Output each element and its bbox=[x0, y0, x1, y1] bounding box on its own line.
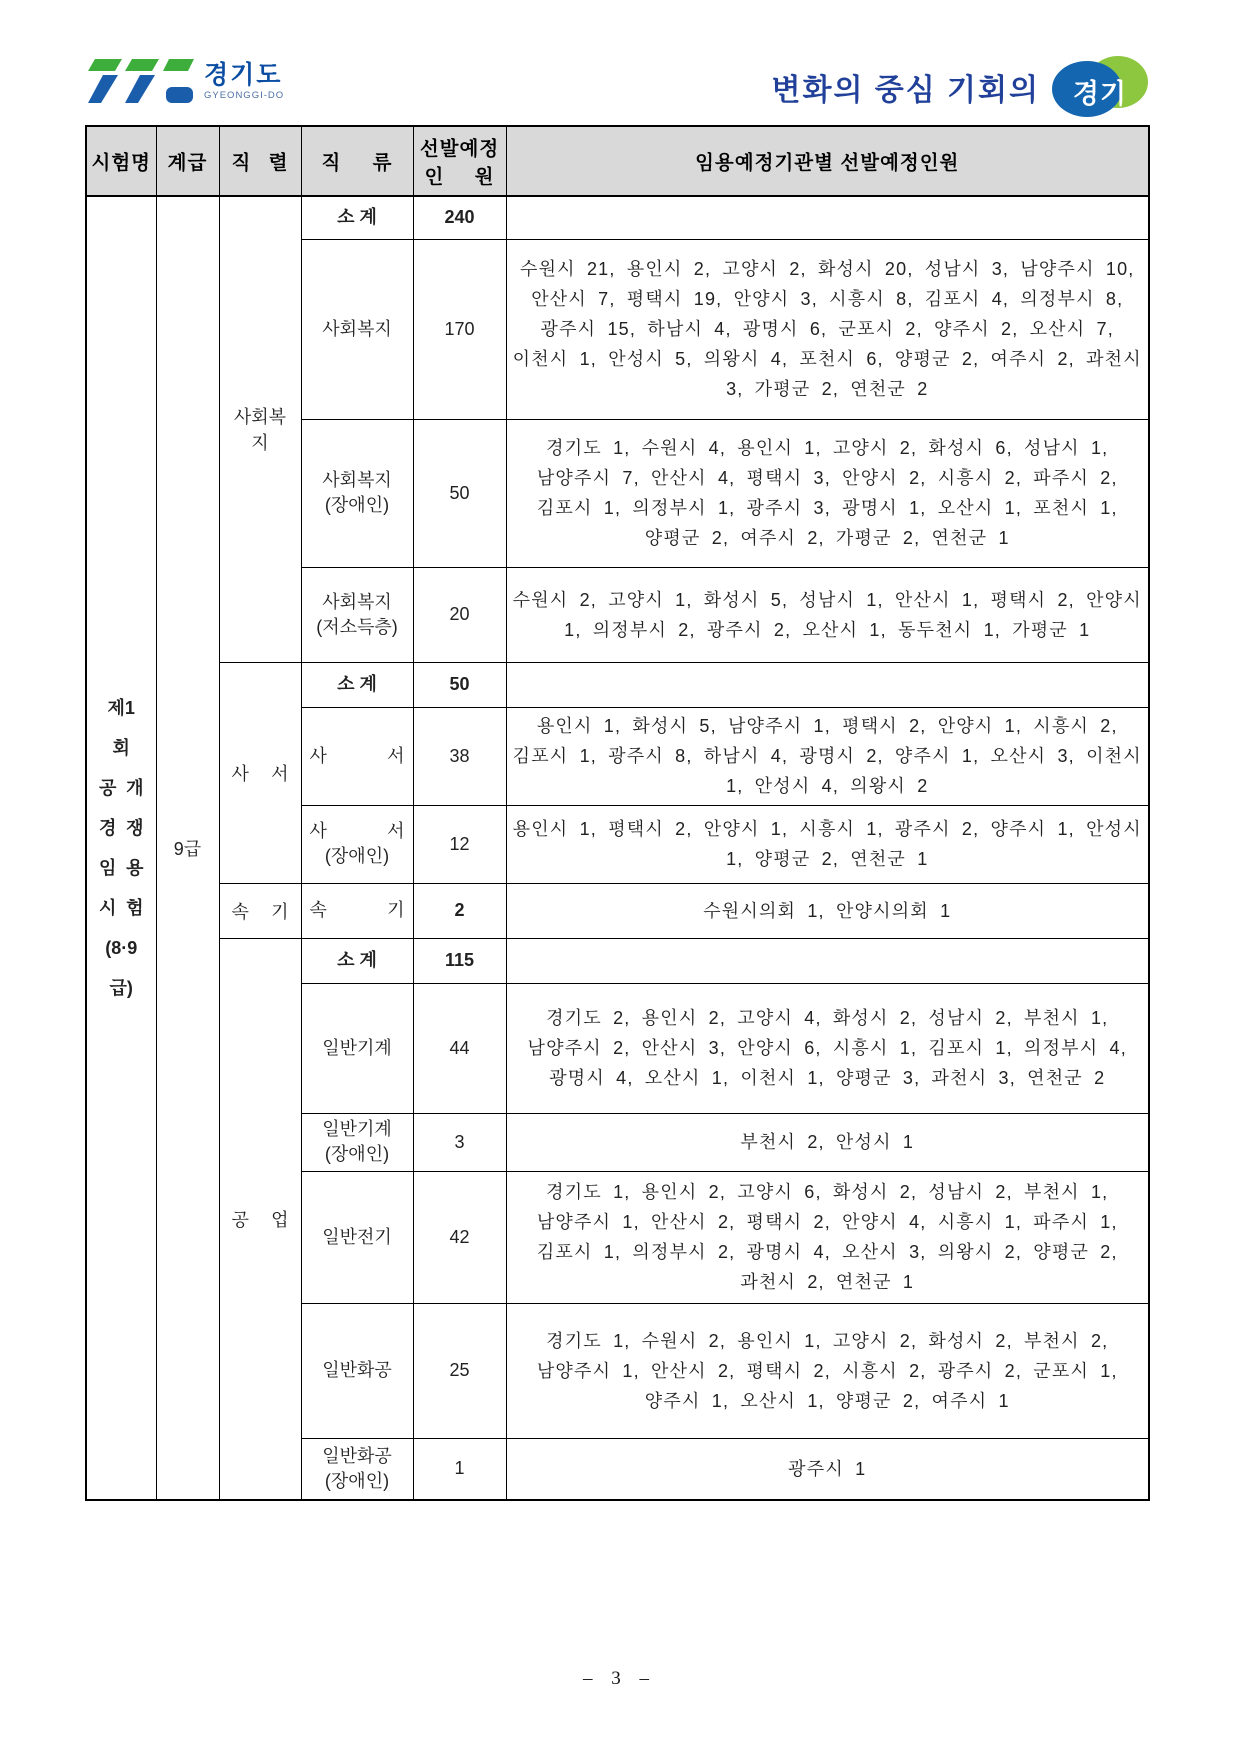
document-page: 경기도 GYEONGGI-DO 변화의 중심 기회의 경기 시험명 계급 직 렬… bbox=[0, 0, 1239, 1752]
table-row: 제1회공 개경 쟁임 용시 험(8·9급)9급사회복지소 계240 bbox=[86, 196, 1149, 239]
quota-count-cell: 2 bbox=[413, 883, 506, 938]
class-cell: 속 기 bbox=[301, 883, 413, 938]
class-cell: 일반기계(장애인) bbox=[301, 1113, 413, 1171]
table-header-row: 시험명 계급 직 렬 직 류 선발예정 인 원 임용예정기관별 선발예정인원 bbox=[86, 126, 1149, 196]
quota-count-cell: 38 bbox=[413, 707, 506, 805]
agency-allocation-cell: 경기도 2, 용인시 2, 고양시 4, 화성시 2, 성남시 2, 부천시 1… bbox=[506, 983, 1149, 1113]
logo-title: 경기도 bbox=[204, 62, 284, 88]
class-cell: 일반전기 bbox=[301, 1171, 413, 1303]
agency-allocation-cell bbox=[506, 662, 1149, 707]
class-cell: 사 서 bbox=[301, 707, 413, 805]
quota-count-cell: 20 bbox=[413, 567, 506, 662]
agency-allocation-cell: 광주시 1 bbox=[506, 1438, 1149, 1500]
agency-allocation-cell: 수원시의회 1, 안양시의회 1 bbox=[506, 883, 1149, 938]
quota-count-cell: 44 bbox=[413, 983, 506, 1113]
header-exam-name: 시험명 bbox=[86, 126, 156, 196]
header-quota: 선발예정 인 원 bbox=[413, 126, 506, 196]
class-subtype-label: (장애인) bbox=[310, 844, 405, 869]
header-class: 직 류 bbox=[301, 126, 413, 196]
class-subtype-label: (장애인) bbox=[310, 1142, 405, 1167]
quota-count-cell: 12 bbox=[413, 805, 506, 883]
exam-name-cell: 제1회공 개경 쟁임 용시 험(8·9급) bbox=[86, 196, 156, 1500]
table-row: 사 서소 계50 bbox=[86, 662, 1149, 707]
class-cell: 소 계 bbox=[301, 662, 413, 707]
quota-count-cell: 3 bbox=[413, 1113, 506, 1171]
agency-allocation-cell: 수원시 21, 용인시 2, 고양시 2, 화성시 20, 성남시 3, 남양주… bbox=[506, 239, 1149, 419]
slogan-text: 변화의 중심 기회의 bbox=[771, 65, 1040, 109]
quota-count-cell: 50 bbox=[413, 419, 506, 567]
quota-count-cell: 170 bbox=[413, 239, 506, 419]
agency-allocation-cell bbox=[506, 938, 1149, 983]
quota-count-cell: 115 bbox=[413, 938, 506, 983]
class-subtype-label: (장애인) bbox=[310, 493, 405, 518]
agency-allocation-cell: 수원시 2, 고양시 1, 화성시 5, 성남시 1, 안산시 1, 평택시 2… bbox=[506, 567, 1149, 662]
class-cell: 일반화공 bbox=[301, 1303, 413, 1438]
class-cell: 일반기계 bbox=[301, 983, 413, 1113]
agency-allocation-cell: 용인시 1, 화성시 5, 남양주시 1, 평택시 2, 안양시 1, 시흥시 … bbox=[506, 707, 1149, 805]
gyeonggi-logo: 경기도 GYEONGGI-DO bbox=[88, 58, 284, 104]
agency-allocation-cell bbox=[506, 196, 1149, 239]
header-grade: 계급 bbox=[156, 126, 219, 196]
class-cell: 사회복지 bbox=[301, 239, 413, 419]
series-cell: 사 서 bbox=[219, 662, 301, 883]
quota-count-cell: 1 bbox=[413, 1438, 506, 1500]
table-row: 공 업소 계115 bbox=[86, 938, 1149, 983]
header-series: 직 렬 bbox=[219, 126, 301, 196]
badge-text: 경기 bbox=[1068, 72, 1132, 111]
class-cell: 사회복지(저소득층) bbox=[301, 567, 413, 662]
class-cell: 사 서(장애인) bbox=[301, 805, 413, 883]
class-cell: 소 계 bbox=[301, 196, 413, 239]
agency-allocation-cell: 용인시 1, 평택시 2, 안양시 1, 시흥시 1, 광주시 2, 양주시 1… bbox=[506, 805, 1149, 883]
series-cell: 사회복지 bbox=[219, 196, 301, 662]
series-cell: 공 업 bbox=[219, 938, 301, 1500]
quota-count-cell: 42 bbox=[413, 1171, 506, 1303]
header-agency: 임용예정기관별 선발예정인원 bbox=[506, 126, 1149, 196]
class-cell: 소 계 bbox=[301, 938, 413, 983]
gyeonggi-badge-icon: 경기 bbox=[1052, 56, 1148, 118]
class-subtype-label: (저소득층) bbox=[310, 615, 405, 640]
page-number: – 3 – bbox=[0, 1668, 1239, 1690]
grade-cell: 9급 bbox=[156, 196, 219, 1500]
province-slogan: 변화의 중심 기회의 경기 bbox=[771, 56, 1148, 118]
class-cell: 일반화공(장애인) bbox=[301, 1438, 413, 1500]
table-row: 속 기속 기2수원시의회 1, 안양시의회 1 bbox=[86, 883, 1149, 938]
quota-count-cell: 50 bbox=[413, 662, 506, 707]
agency-allocation-cell: 부천시 2, 안성시 1 bbox=[506, 1113, 1149, 1171]
class-cell: 사회복지(장애인) bbox=[301, 419, 413, 567]
series-cell: 속 기 bbox=[219, 883, 301, 938]
agency-allocation-cell: 경기도 1, 수원시 2, 용인시 1, 고양시 2, 화성시 2, 부천시 2… bbox=[506, 1303, 1149, 1438]
agency-allocation-cell: 경기도 1, 수원시 4, 용인시 1, 고양시 2, 화성시 6, 성남시 1… bbox=[506, 419, 1149, 567]
logo-subtitle: GYEONGGI-DO bbox=[204, 90, 284, 101]
quota-count-cell: 25 bbox=[413, 1303, 506, 1438]
recruitment-table: 시험명 계급 직 렬 직 류 선발예정 인 원 임용예정기관별 선발예정인원 제… bbox=[85, 125, 1150, 1501]
class-subtype-label: (장애인) bbox=[310, 1469, 405, 1494]
agency-allocation-cell: 경기도 1, 용인시 2, 고양시 6, 화성시 2, 성남시 2, 부천시 1… bbox=[506, 1171, 1149, 1303]
gyeonggi-logo-mark-icon bbox=[88, 58, 194, 104]
quota-count-cell: 240 bbox=[413, 196, 506, 239]
logo-text: 경기도 GYEONGGI-DO bbox=[204, 62, 284, 101]
